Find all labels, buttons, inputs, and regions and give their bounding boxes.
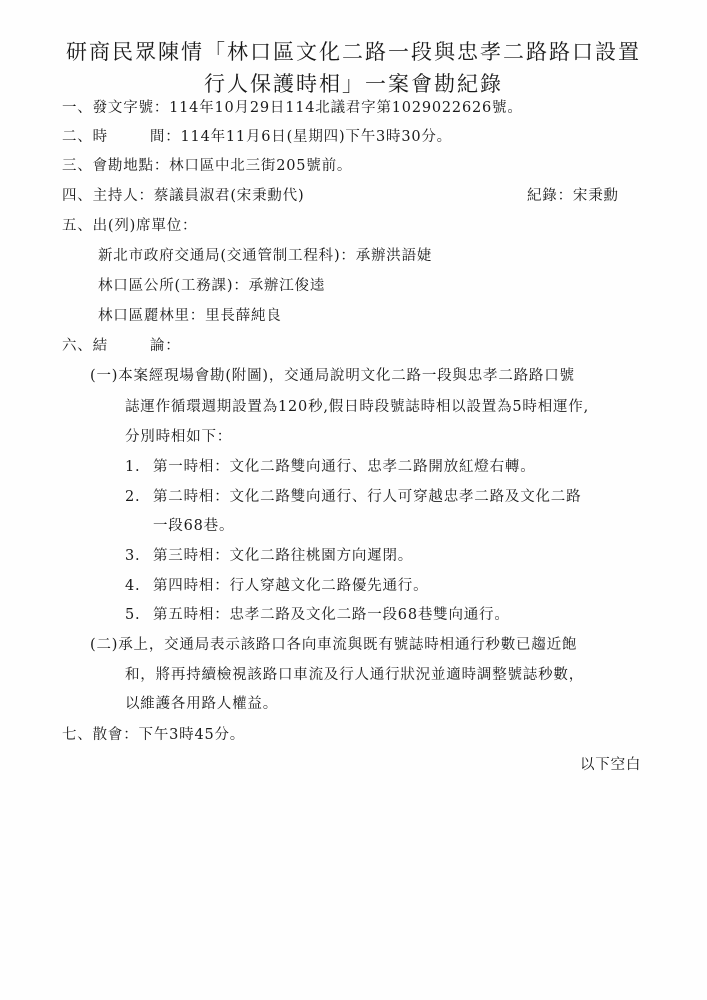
item-value: ：114年10月29日114北議君字第1029022626號。 xyxy=(154,100,523,116)
item-value: ：114年11月6日(星期四)下午3時30分。 xyxy=(165,129,452,145)
item-location: 三、會勘地點：林口區中北三街205號前。 xyxy=(62,156,352,176)
phase-text: 第三時相：文化二路往桃園方向遲閉。 xyxy=(153,548,413,564)
conclusion-point-2-line: (二)承上，交通局表示該路口各向車流與既有號誌時相通行秒數已趨近飽 xyxy=(90,635,577,655)
phase-number: 5. xyxy=(125,605,153,625)
item-label: 會勘地點 xyxy=(93,158,154,174)
item-number: 二、 xyxy=(62,129,93,145)
item-dispatch-number: 一、發文字號：114年10月29日114北議君字第1029022626號。 xyxy=(62,98,523,118)
point-prefix: (一) xyxy=(90,368,118,384)
item-label-part-2: 間 xyxy=(150,129,165,145)
phase-text: 第一時相：文化二路雙向通行、忠孝二路開放紅燈右轉。 xyxy=(153,459,536,475)
point-text: 本案經現場會勘(附圖)，交通局說明文化二路一段與忠孝二路路口號 xyxy=(118,368,575,384)
phase-item: 2.第二時相：文化二路雙向通行、行人可穿越忠孝二路及文化二路 xyxy=(125,487,581,507)
phase-number: 2. xyxy=(125,487,153,507)
item-value: ：林口區中北三街205號前。 xyxy=(154,158,352,174)
item-label-part-1: 結 xyxy=(93,338,108,354)
point-text: 承上，交通局表示該路口各向車流與既有號誌時相通行秒數已趨近飽 xyxy=(118,637,577,653)
document-title-line-2: 行人保護時相」一案會勘紀錄 xyxy=(0,68,707,100)
item-meeting-time: 二、時間：114年11月6日(星期四)下午3時30分。 xyxy=(62,127,452,147)
item-adjourn: 七、散會：下午3時45分。 xyxy=(62,725,245,745)
item-label-part-2: 論： xyxy=(150,338,181,354)
item-label-part-1: 時 xyxy=(93,129,108,145)
phase-number: 3. xyxy=(125,546,153,566)
conclusion-point-2-line: 以維護各用路人權益。 xyxy=(125,694,278,714)
phase-item: 1.第一時相：文化二路雙向通行、忠孝二路開放紅燈右轉。 xyxy=(125,457,536,477)
conclusion-point-2-line: 和，將再持續檢視該路口車流及行人通行狀況並適時調整號誌秒數， xyxy=(125,665,584,685)
phase-item-continuation: 一段68巷。 xyxy=(153,516,234,536)
item-label: 發文字號 xyxy=(93,100,154,116)
phase-text: 第四時相：行人穿越文化二路優先通行。 xyxy=(153,578,428,594)
phase-text: 第五時相：忠孝二路及文化二路一段68巷雙向通行。 xyxy=(153,607,510,623)
conclusion-point-1-line: 分別時相如下： xyxy=(125,427,232,447)
end-note: 以下空白 xyxy=(580,755,641,775)
attendee-entry: 林口區麗林里：里長薛純良 xyxy=(98,306,282,326)
phase-item: 3.第三時相：文化二路往桃園方向遲閉。 xyxy=(125,546,413,566)
attendee-entry: 新北市政府交通局(交通管制工程科)：承辦洪語婕 xyxy=(98,246,432,266)
conclusion-point-1-line: (一)本案經現場會勘(附圖)，交通局說明文化二路一段與忠孝二路路口號 xyxy=(90,366,575,386)
recorder-note: 紀錄：宋秉勳 xyxy=(527,186,619,206)
conclusion-point-1-line: 誌運作循環週期設置為120秒,假日時段號誌時相以設置為5時相運作, xyxy=(125,397,589,417)
item-number: 四、 xyxy=(62,188,93,204)
phase-number: 4. xyxy=(125,576,153,596)
point-prefix: (二) xyxy=(90,637,118,653)
document-title-line-1: 研商民眾陳情「林口區文化二路一段與忠孝二路路口設置 xyxy=(0,36,707,68)
phase-text: 第二時相：文化二路雙向通行、行人可穿越忠孝二路及文化二路 xyxy=(153,489,581,505)
item-conclusion-heading: 六、結論： xyxy=(62,336,181,356)
item-number: 六、 xyxy=(62,338,93,354)
phase-number: 1. xyxy=(125,457,153,477)
item-attendees-heading: 五、出(列)席單位： xyxy=(62,216,197,236)
item-label: 出(列)席單位： xyxy=(93,218,198,234)
phase-item: 5.第五時相：忠孝二路及文化二路一段68巷雙向通行。 xyxy=(125,605,510,625)
item-value: ：蔡議員淑君(宋秉勳代) xyxy=(139,188,305,204)
item-number: 三、 xyxy=(62,158,93,174)
item-number: 七、 xyxy=(62,727,93,743)
item-number: 一、 xyxy=(62,100,93,116)
item-number: 五、 xyxy=(62,218,93,234)
item-host: 四、主持人：蔡議員淑君(宋秉勳代) xyxy=(62,186,304,206)
phase-item: 4.第四時相：行人穿越文化二路優先通行。 xyxy=(125,576,428,596)
attendee-entry: 林口區公所(工務課)：承辦江俊逵 xyxy=(98,276,325,296)
item-label: 散會 xyxy=(93,727,124,743)
item-value: ：下午3時45分。 xyxy=(123,727,245,743)
item-label: 主持人 xyxy=(93,188,139,204)
